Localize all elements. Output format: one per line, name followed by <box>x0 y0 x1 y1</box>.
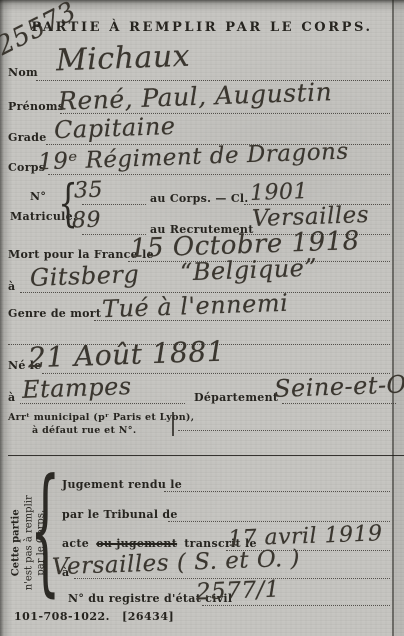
section-divider-line <box>8 455 404 456</box>
field-prenoms-value: René, Paul, Augustin <box>58 79 333 114</box>
form-title: PARTIE À REMPLIR PAR LE CORPS. <box>0 20 404 35</box>
dotted-line <box>20 403 185 404</box>
field-tribunal-label: par le Tribunal de <box>62 508 178 521</box>
field-genre-mort-value: Tué à l'ennemi <box>102 291 289 321</box>
scan-right-margin <box>394 0 404 636</box>
dotted-line <box>178 430 390 431</box>
dotted-line <box>282 403 396 404</box>
field-arrondissement-label-line1: Arrᵗ municipal (pʳ Paris et Lyon), <box>8 412 194 423</box>
field-departement-value: Seine-et-Oise <box>274 371 404 401</box>
field-departement-label: Département <box>194 391 278 404</box>
field-corps-value: 19ᵉ Régiment de Dragons <box>38 141 349 175</box>
dotted-line <box>164 491 390 492</box>
military-death-record-card: 25573 PARTIE À REMPLIR PAR LE CORPS. Nom… <box>0 0 404 636</box>
field-matricule-label-line1: N° <box>30 190 46 203</box>
field-nom-value: Michaux <box>56 42 191 77</box>
field-mort-lieu-label: à <box>8 280 15 293</box>
field-transcription-lieu-value: Versailles ( S. et O. ) <box>52 548 301 580</box>
sidebar-note-line1: Cette partie <box>10 468 23 618</box>
transcription-label-struck: ou jugement <box>96 537 177 550</box>
field-naissance-lieu-label: à <box>8 391 15 404</box>
transcription-label-pre: acte <box>62 537 89 550</box>
field-grade-label: Grade <box>8 131 47 144</box>
arrondissement-brace-bar <box>172 412 174 436</box>
field-naissance-lieu-value: Etampes <box>22 374 132 402</box>
field-matricule-recrutement-value: 89 <box>72 210 102 233</box>
dotted-line <box>202 605 390 606</box>
field-mort-pays-value: “Belgique” <box>180 256 318 285</box>
field-grade-value: Capitaine <box>54 114 176 142</box>
batch-number: [26434] <box>122 610 174 623</box>
field-prenoms-label: Prénoms <box>8 100 64 113</box>
field-genre-mort-label: Genre de mort <box>8 307 101 320</box>
field-naissance-date-value: 21 Août 1881 <box>28 338 226 373</box>
dotted-line <box>82 204 146 205</box>
field-au-corps-label: au Corps. — Cl. <box>150 192 248 205</box>
dotted-line <box>48 174 390 175</box>
field-jugement-label: Jugement rendu le <box>62 478 182 491</box>
field-registre-value: 2577/1 <box>196 579 281 605</box>
field-classe-value: 1901 <box>250 181 309 205</box>
field-nom-label: Nom <box>8 66 38 79</box>
field-matricule-corps-value: 35 <box>74 180 104 203</box>
imprint-number: 101-708-1022. <box>14 610 110 623</box>
field-arrondissement-label-line2: à défaut rue et N°. <box>32 425 136 436</box>
field-mort-lieu-value: Gitsberg <box>30 262 140 290</box>
